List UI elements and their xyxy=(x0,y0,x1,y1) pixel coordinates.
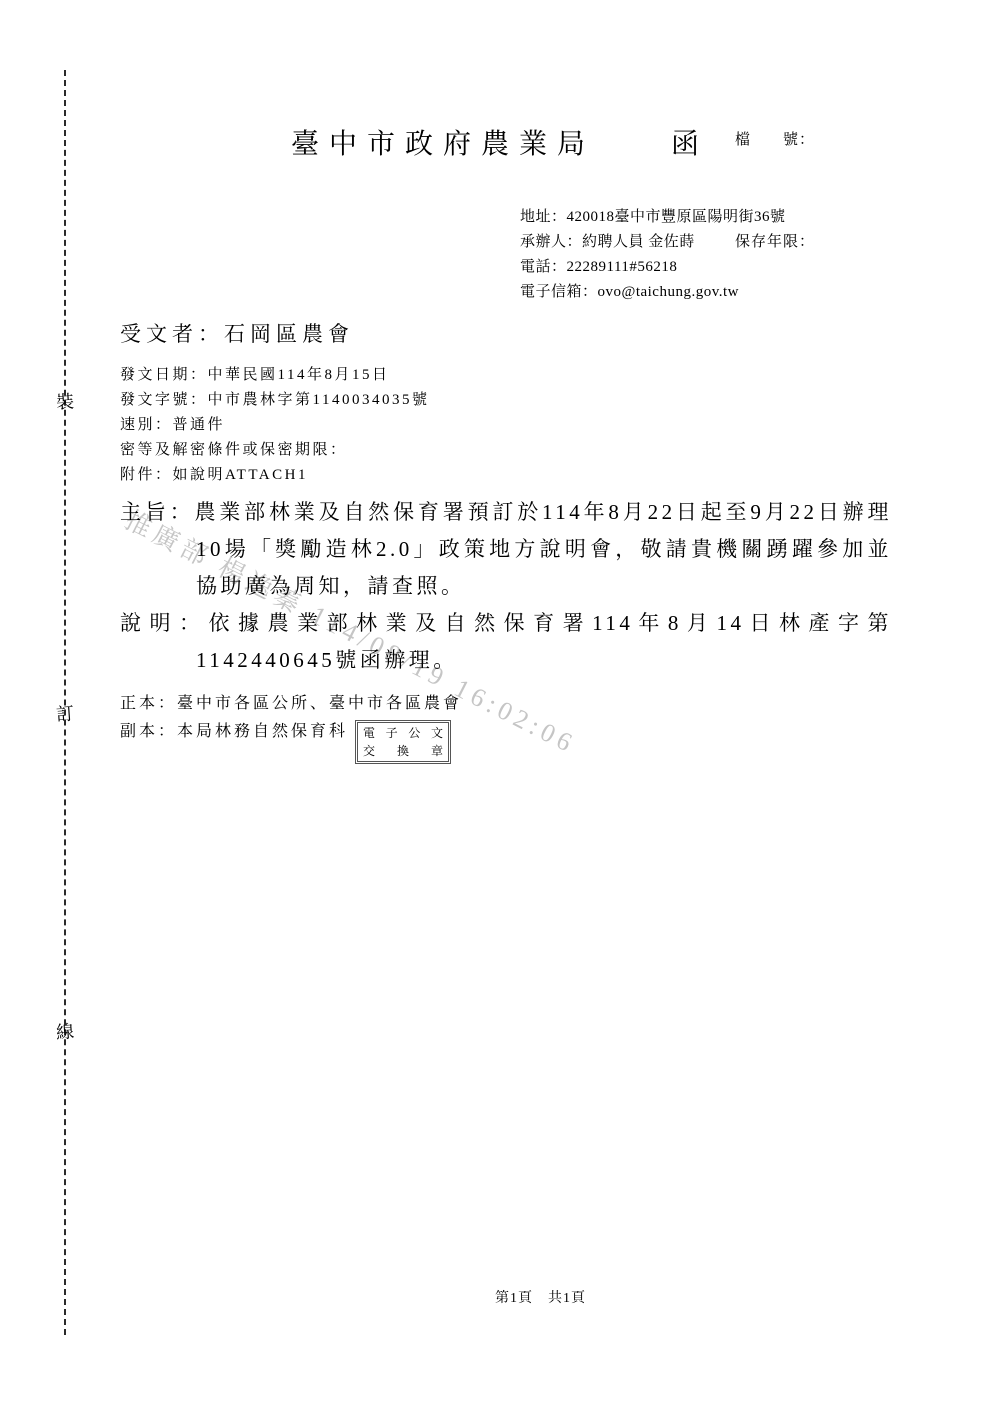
sender-contact-person: 承辦人：約聘人員 金佐蒔 xyxy=(520,230,786,255)
sender-phone: 電話：22289111#56218 xyxy=(520,255,786,280)
explanation-text: 依據農業部林業及自然保育署114年8月14日林產字第1142440645號函辦理… xyxy=(196,611,892,672)
copy-original-line: 正本：臺中市各區公所、臺中市各區農會 xyxy=(120,690,462,718)
meta-security-class: 密等及解密條件或保密期限： xyxy=(120,438,429,463)
binding-mark-ding: 訂 xyxy=(53,699,77,726)
meta-doc-number: 發文字號：中市農林字第1140034035號 xyxy=(120,388,429,413)
binding-mark-xian: 線 xyxy=(53,1017,77,1044)
subject-text: 農業部林業及自然保育署預訂於114年8月22日起至9月22日辦理10場「獎勵造林… xyxy=(194,500,892,598)
stamp-line-1: 電 子 公 文 xyxy=(363,724,443,742)
official-letter-page: 裝 訂 線 推廣部 楊逸蓁 114/08/19 16:02:06 檔 號： 保存… xyxy=(0,0,1000,1415)
binding-mark-zhuang: 裝 xyxy=(53,387,77,414)
letter-body: 主旨：農業部林業及自然保育署預訂於114年8月22日起至9月22日辦理10場「獎… xyxy=(120,494,892,679)
document-title: 臺中市政府農業局 函 xyxy=(0,122,1000,162)
sender-email: 電子信箱：ovo@taichung.gov.tw xyxy=(520,280,786,305)
issue-meta-block: 發文日期：中華民國114年8月15日 發文字號：中市農林字第1140034035… xyxy=(120,363,429,488)
stamp-line-2: 交 換 章 xyxy=(363,742,443,760)
explanation-label: 說明： xyxy=(120,611,209,635)
meta-speed-class: 速別：普通件 xyxy=(120,413,429,438)
explanation-paragraph: 說明：依據農業部林業及自然保育署114年8月14日林產字第1142440645號… xyxy=(120,605,892,679)
page-number-footer: 第1頁 共1頁 xyxy=(495,1287,586,1307)
meta-issue-date: 發文日期：中華民國114年8月15日 xyxy=(120,363,429,388)
sender-contact-block: 地址：420018臺中市豐原區陽明街36號 承辦人：約聘人員 金佐蒔 電話：22… xyxy=(520,205,786,305)
meta-attachment: 附件：如說明ATTACH1 xyxy=(120,463,429,488)
e-doc-exchange-stamp: 電 子 公 文 交 換 章 xyxy=(355,720,451,764)
subject-paragraph: 主旨：農業部林業及自然保育署預訂於114年8月22日起至9月22日辦理10場「獎… xyxy=(120,494,892,605)
recipient-line: 受文者：石岡區農會 xyxy=(120,318,354,348)
subject-label: 主旨： xyxy=(120,500,194,524)
sender-address: 地址：420018臺中市豐原區陽明街36號 xyxy=(520,205,786,230)
